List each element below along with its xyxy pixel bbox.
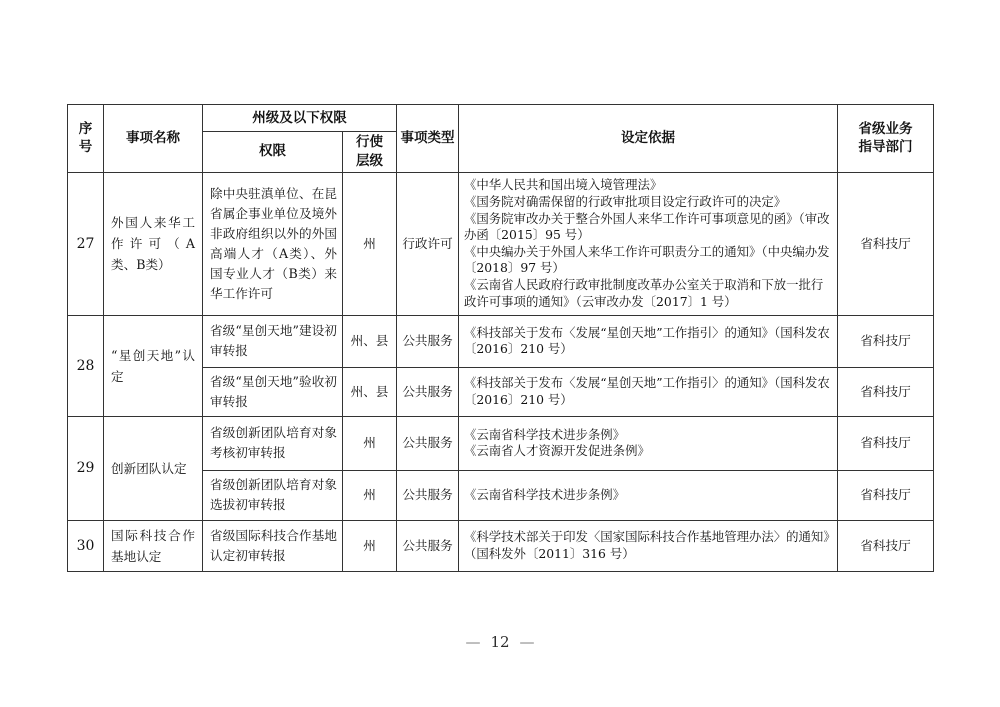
cell-exercise-level: 州、县 — [343, 367, 397, 416]
cell-basis: 《云南省科学技术进步条例》 《云南省人才资源开发促进条例》 — [459, 416, 838, 470]
cell-exercise-level: 州 — [343, 172, 397, 315]
cell-guidance-dept: 省科技厅 — [838, 416, 934, 470]
cell-item-type: 行政许可 — [397, 172, 459, 315]
col-header-guidance-dept: 省级业务 指导部门 — [838, 105, 934, 173]
col-header-exercise-level: 行使 层级 — [343, 132, 397, 173]
cell-guidance-dept: 省科技厅 — [838, 172, 934, 315]
cell-item-name: 创新团队认定 — [104, 416, 203, 520]
table-row: 28 “星创天地”认定 省级“星创天地”建设初审转报 州、县 公共服务 《科技部… — [68, 315, 934, 367]
cell-item-name: “星创天地”认定 — [104, 315, 203, 416]
col-header-item-type: 事项类型 — [397, 105, 459, 173]
cell-item-type: 公共服务 — [397, 470, 459, 520]
cell-basis: 《科学技术部关于印发〈国家国际科技合作基地管理办法〉的通知》（国科发外〔2011… — [459, 520, 838, 571]
cell-guidance-dept: 省科技厅 — [838, 367, 934, 416]
cell-item-type: 公共服务 — [397, 416, 459, 470]
col-header-authority: 权限 — [203, 132, 343, 173]
cell-authority: 省级创新团队培育对象选拔初审转报 — [203, 470, 343, 520]
cell-item-type: 公共服务 — [397, 367, 459, 416]
cell-item-type: 公共服务 — [397, 520, 459, 571]
cell-authority: 省级“星创天地”验收初审转报 — [203, 367, 343, 416]
cell-authority: 除中央驻滇单位、在昆省属企事业单位及境外非政府组织以外的外国高端人才（A类）、外… — [203, 172, 343, 315]
cell-index: 29 — [68, 416, 104, 520]
cell-guidance-dept: 省科技厅 — [838, 470, 934, 520]
cell-index: 28 — [68, 315, 104, 416]
cell-exercise-level: 州 — [343, 416, 397, 470]
page-number-value: 12 — [490, 633, 509, 651]
table-row: 30 国际科技合作基地认定 省级国际科技合作基地认定初审转报 州 公共服务 《科… — [68, 520, 934, 571]
document-page: 序 号 事项名称 州级及以下权限 事项类型 设定依据 省级业务 指导部门 权限 … — [0, 0, 1000, 707]
cell-index: 30 — [68, 520, 104, 571]
header-row-1: 序 号 事项名称 州级及以下权限 事项类型 设定依据 省级业务 指导部门 — [68, 105, 934, 132]
cell-guidance-dept: 省科技厅 — [838, 520, 934, 571]
cell-item-name: 国际科技合作基地认定 — [104, 520, 203, 571]
col-header-group-authority: 州级及以下权限 — [203, 105, 397, 132]
table-row: 29 创新团队认定 省级创新团队培育对象考核初审转报 州 公共服务 《云南省科学… — [68, 416, 934, 470]
delegated-items-table: 序 号 事项名称 州级及以下权限 事项类型 设定依据 省级业务 指导部门 权限 … — [67, 104, 934, 572]
cell-authority: 省级“星创天地”建设初审转报 — [203, 315, 343, 367]
col-header-basis: 设定依据 — [459, 105, 838, 173]
cell-item-name: 外国人来华工作许可（A类、B类） — [104, 172, 203, 315]
cell-exercise-level: 州、县 — [343, 315, 397, 367]
page-number-dash-right: — — [520, 633, 535, 651]
cell-exercise-level: 州 — [343, 470, 397, 520]
cell-item-type: 公共服务 — [397, 315, 459, 367]
cell-basis: 《中华人民共和国出境入境管理法》 《国务院对确需保留的行政审批项目设定行政许可的… — [459, 172, 838, 315]
cell-exercise-level: 州 — [343, 520, 397, 571]
cell-authority: 省级国际科技合作基地认定初审转报 — [203, 520, 343, 571]
cell-basis: 《云南省科学技术进步条例》 — [459, 470, 838, 520]
cell-index: 27 — [68, 172, 104, 315]
page-number: —12— — [0, 633, 1000, 651]
col-header-item-name: 事项名称 — [104, 105, 203, 173]
table-row: 27 外国人来华工作许可（A类、B类） 除中央驻滇单位、在昆省属企事业单位及境外… — [68, 172, 934, 315]
page-number-dash-left: — — [465, 633, 480, 651]
cell-guidance-dept: 省科技厅 — [838, 315, 934, 367]
cell-authority: 省级创新团队培育对象考核初审转报 — [203, 416, 343, 470]
cell-basis: 《科技部关于发布〈发展“星创天地”工作指引〉的通知》（国科发农〔2016〕210… — [459, 367, 838, 416]
col-header-index: 序 号 — [68, 105, 104, 173]
cell-basis: 《科技部关于发布〈发展“星创天地”工作指引〉的通知》（国科发农〔2016〕210… — [459, 315, 838, 367]
